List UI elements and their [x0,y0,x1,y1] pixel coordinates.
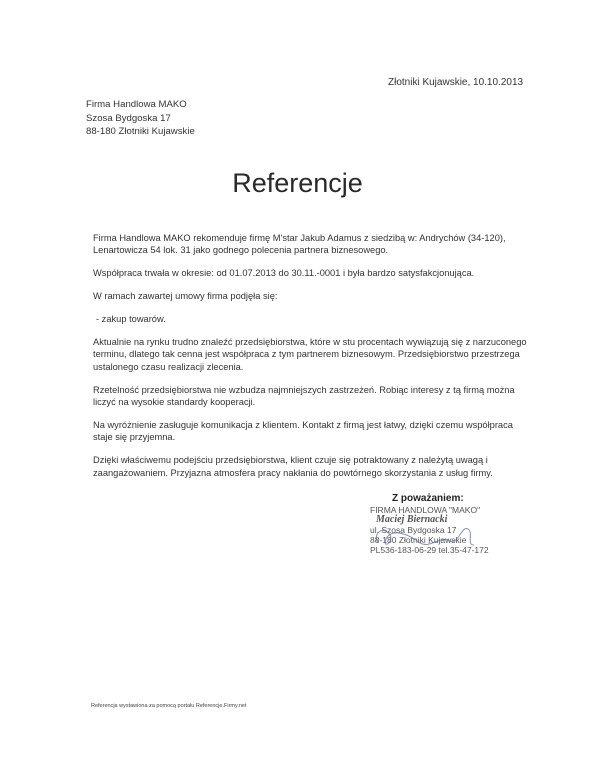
paragraph: Współpraca trwała w okresie: od 01.07.20… [93,267,533,279]
list-item: - zakup towarów. [93,313,533,325]
company-stamp: FIRMA HANDLOWA "MAKO" Maciej Biernacki u… [370,505,490,555]
paragraph: Firma Handlowa MAKO rekomenduje firmę M'… [93,232,533,257]
letter-body: Firma Handlowa MAKO rekomenduje firmę M'… [93,232,533,490]
sender-street: Szosa Bydgoska 17 [86,112,195,126]
paragraph: Rzetelność przedsiębiorstwa nie wzbudza … [93,384,533,409]
paragraph: Aktualnie na rynku trudno znaleźć przeds… [93,336,533,373]
closing-salutation: Z poważaniem: [392,493,464,504]
sender-city: 88-180 Złotniki Kujawskie [86,125,195,139]
handwritten-signature-icon [370,505,490,555]
sender-address: Firma Handlowa MAKO Szosa Bydgoska 17 88… [86,98,195,139]
paragraph: Dzięki właściwemu podejściu przedsiębior… [93,454,533,479]
sender-name: Firma Handlowa MAKO [86,98,195,112]
paragraph: Na wyróżnienie zasługuje komunikacja z k… [93,419,533,444]
document-title: Referencje [0,168,595,199]
paragraph: W ramach zawartej umowy firma podjęła si… [93,290,533,302]
footer-note: Referencja wystawiona za pomocą portalu … [91,703,247,709]
place-and-date: Złotniki Kujawskie, 10.10.2013 [388,77,523,88]
